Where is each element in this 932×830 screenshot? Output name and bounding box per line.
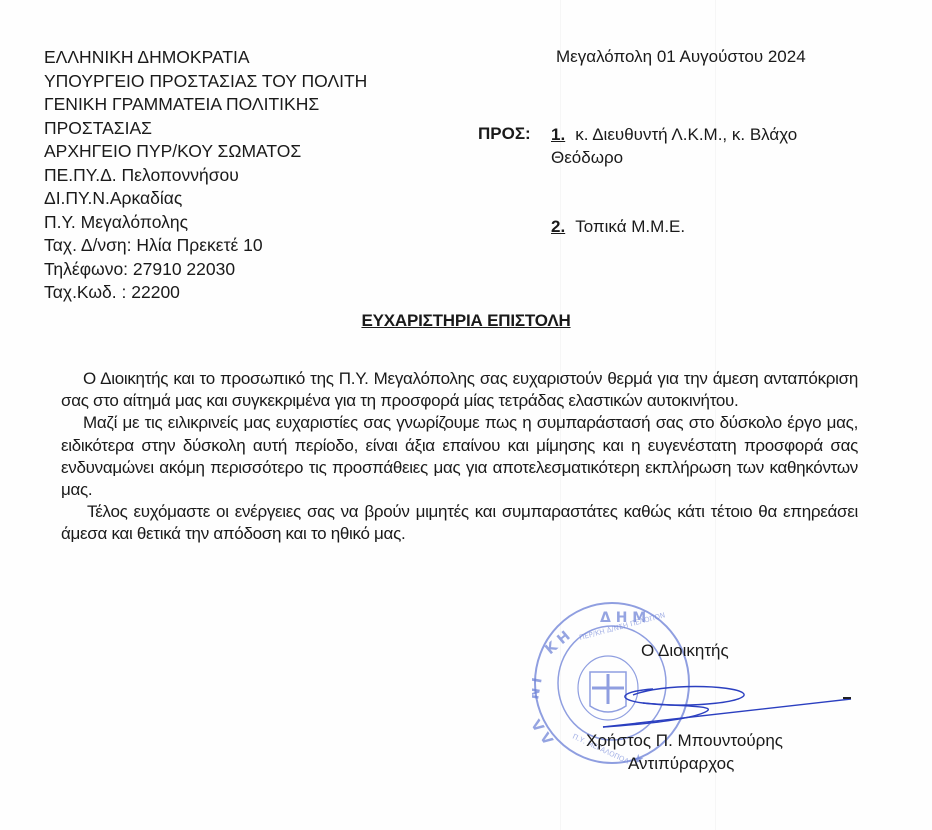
- signature-title: Ο Διοικητής: [641, 641, 729, 661]
- sender-line: ΔΙ.ΠΥ.Ν.Αρκαδίας: [44, 187, 367, 211]
- sender-line: Π.Υ. Μεγαλόπολης: [44, 211, 367, 235]
- sender-line: ΠΡΟΣΤΑΣΙΑΣ: [44, 117, 367, 141]
- recipient-number: 1.: [551, 123, 565, 146]
- letter-body: Ο Διοικητής και το προσωπικό της Π.Υ. Με…: [61, 368, 858, 546]
- letter-page: ΕΛΛΗΝΙΚΗ ΔΗΜΟΚΡΑΤΙΑ ΥΠΟΥΡΓΕΙΟ ΠΡΟΣΤΑΣΙΑΣ…: [0, 0, 932, 830]
- body-paragraph: Τέλος ευχόμαστε οι ενέργειες σας να βρού…: [61, 501, 858, 545]
- sender-line: Ταχ. Δ/νση: Ηλία Πρεκετέ 10: [44, 234, 367, 258]
- sender-line: ΠΕ.ΠΥ.Δ. Πελοποννήσου: [44, 164, 367, 188]
- sender-line: Ταχ.Κωδ. : 22200: [44, 281, 367, 305]
- recipient-number: 2.: [551, 215, 565, 238]
- svg-text:Ν Ι: Ν Ι: [532, 676, 546, 700]
- recipient-item: 2.Τοπικά Μ.Μ.Ε.: [551, 215, 685, 238]
- sender-block: ΕΛΛΗΝΙΚΗ ΔΗΜΟΚΡΑΤΙΑ ΥΠΟΥΡΓΕΙΟ ΠΡΟΣΤΑΣΙΑΣ…: [44, 46, 367, 305]
- svg-text:Λ Λ: Λ Λ: [532, 716, 557, 747]
- sender-line: ΓΕΝΙΚΗ ΓΡΑΜΜΑΤΕΙΑ ΠΟΛΙΤΙΚΗΣ: [44, 93, 367, 117]
- recipient-item: 1.κ. Διευθυντή Λ.Κ.Μ., κ. Βλάχο Θεόδωρο: [551, 123, 797, 169]
- svg-text:Κ Η: Κ Η: [542, 628, 573, 658]
- sender-line: ΑΡΧΗΓΕΙΟ ΠΥΡ/ΚΟΥ ΣΩΜΑΤΟΣ: [44, 140, 367, 164]
- recipient-text: Τοπικά Μ.Μ.Ε.: [575, 217, 685, 236]
- letter-subject: ΕΥΧΑΡΙΣΤΗΡΙΑ ΕΠΙΣΤΟΛΗ: [0, 311, 932, 331]
- body-paragraph: Ο Διοικητής και το προσωπικό της Π.Υ. Με…: [61, 368, 858, 412]
- recipients-label: ΠΡΟΣ:: [478, 123, 531, 145]
- letter-date: Μεγαλόπολη 01 Αυγούστου 2024: [556, 46, 806, 68]
- sender-line: ΕΛΛΗΝΙΚΗ ΔΗΜΟΚΡΑΤΙΑ: [44, 46, 367, 70]
- sender-line: Τηλέφωνο: 27910 22030: [44, 258, 367, 282]
- body-paragraph: Μαζί με τις ειλικρινείς μας ευχαριστίες …: [61, 412, 858, 501]
- recipient-text: κ. Διευθυντή Λ.Κ.Μ., κ. Βλάχο: [575, 125, 797, 144]
- signatory-name: Χρήστος Π. Μπουντούρης: [586, 731, 783, 751]
- sender-line: ΥΠΟΥΡΓΕΙΟ ΠΡΟΣΤΑΣΙΑΣ ΤΟΥ ΠΟΛΙΤΗ: [44, 70, 367, 94]
- recipient-text-continued: Θεόδωρο: [551, 146, 797, 169]
- signatory-rank: Αντιπύραρχος: [628, 754, 734, 774]
